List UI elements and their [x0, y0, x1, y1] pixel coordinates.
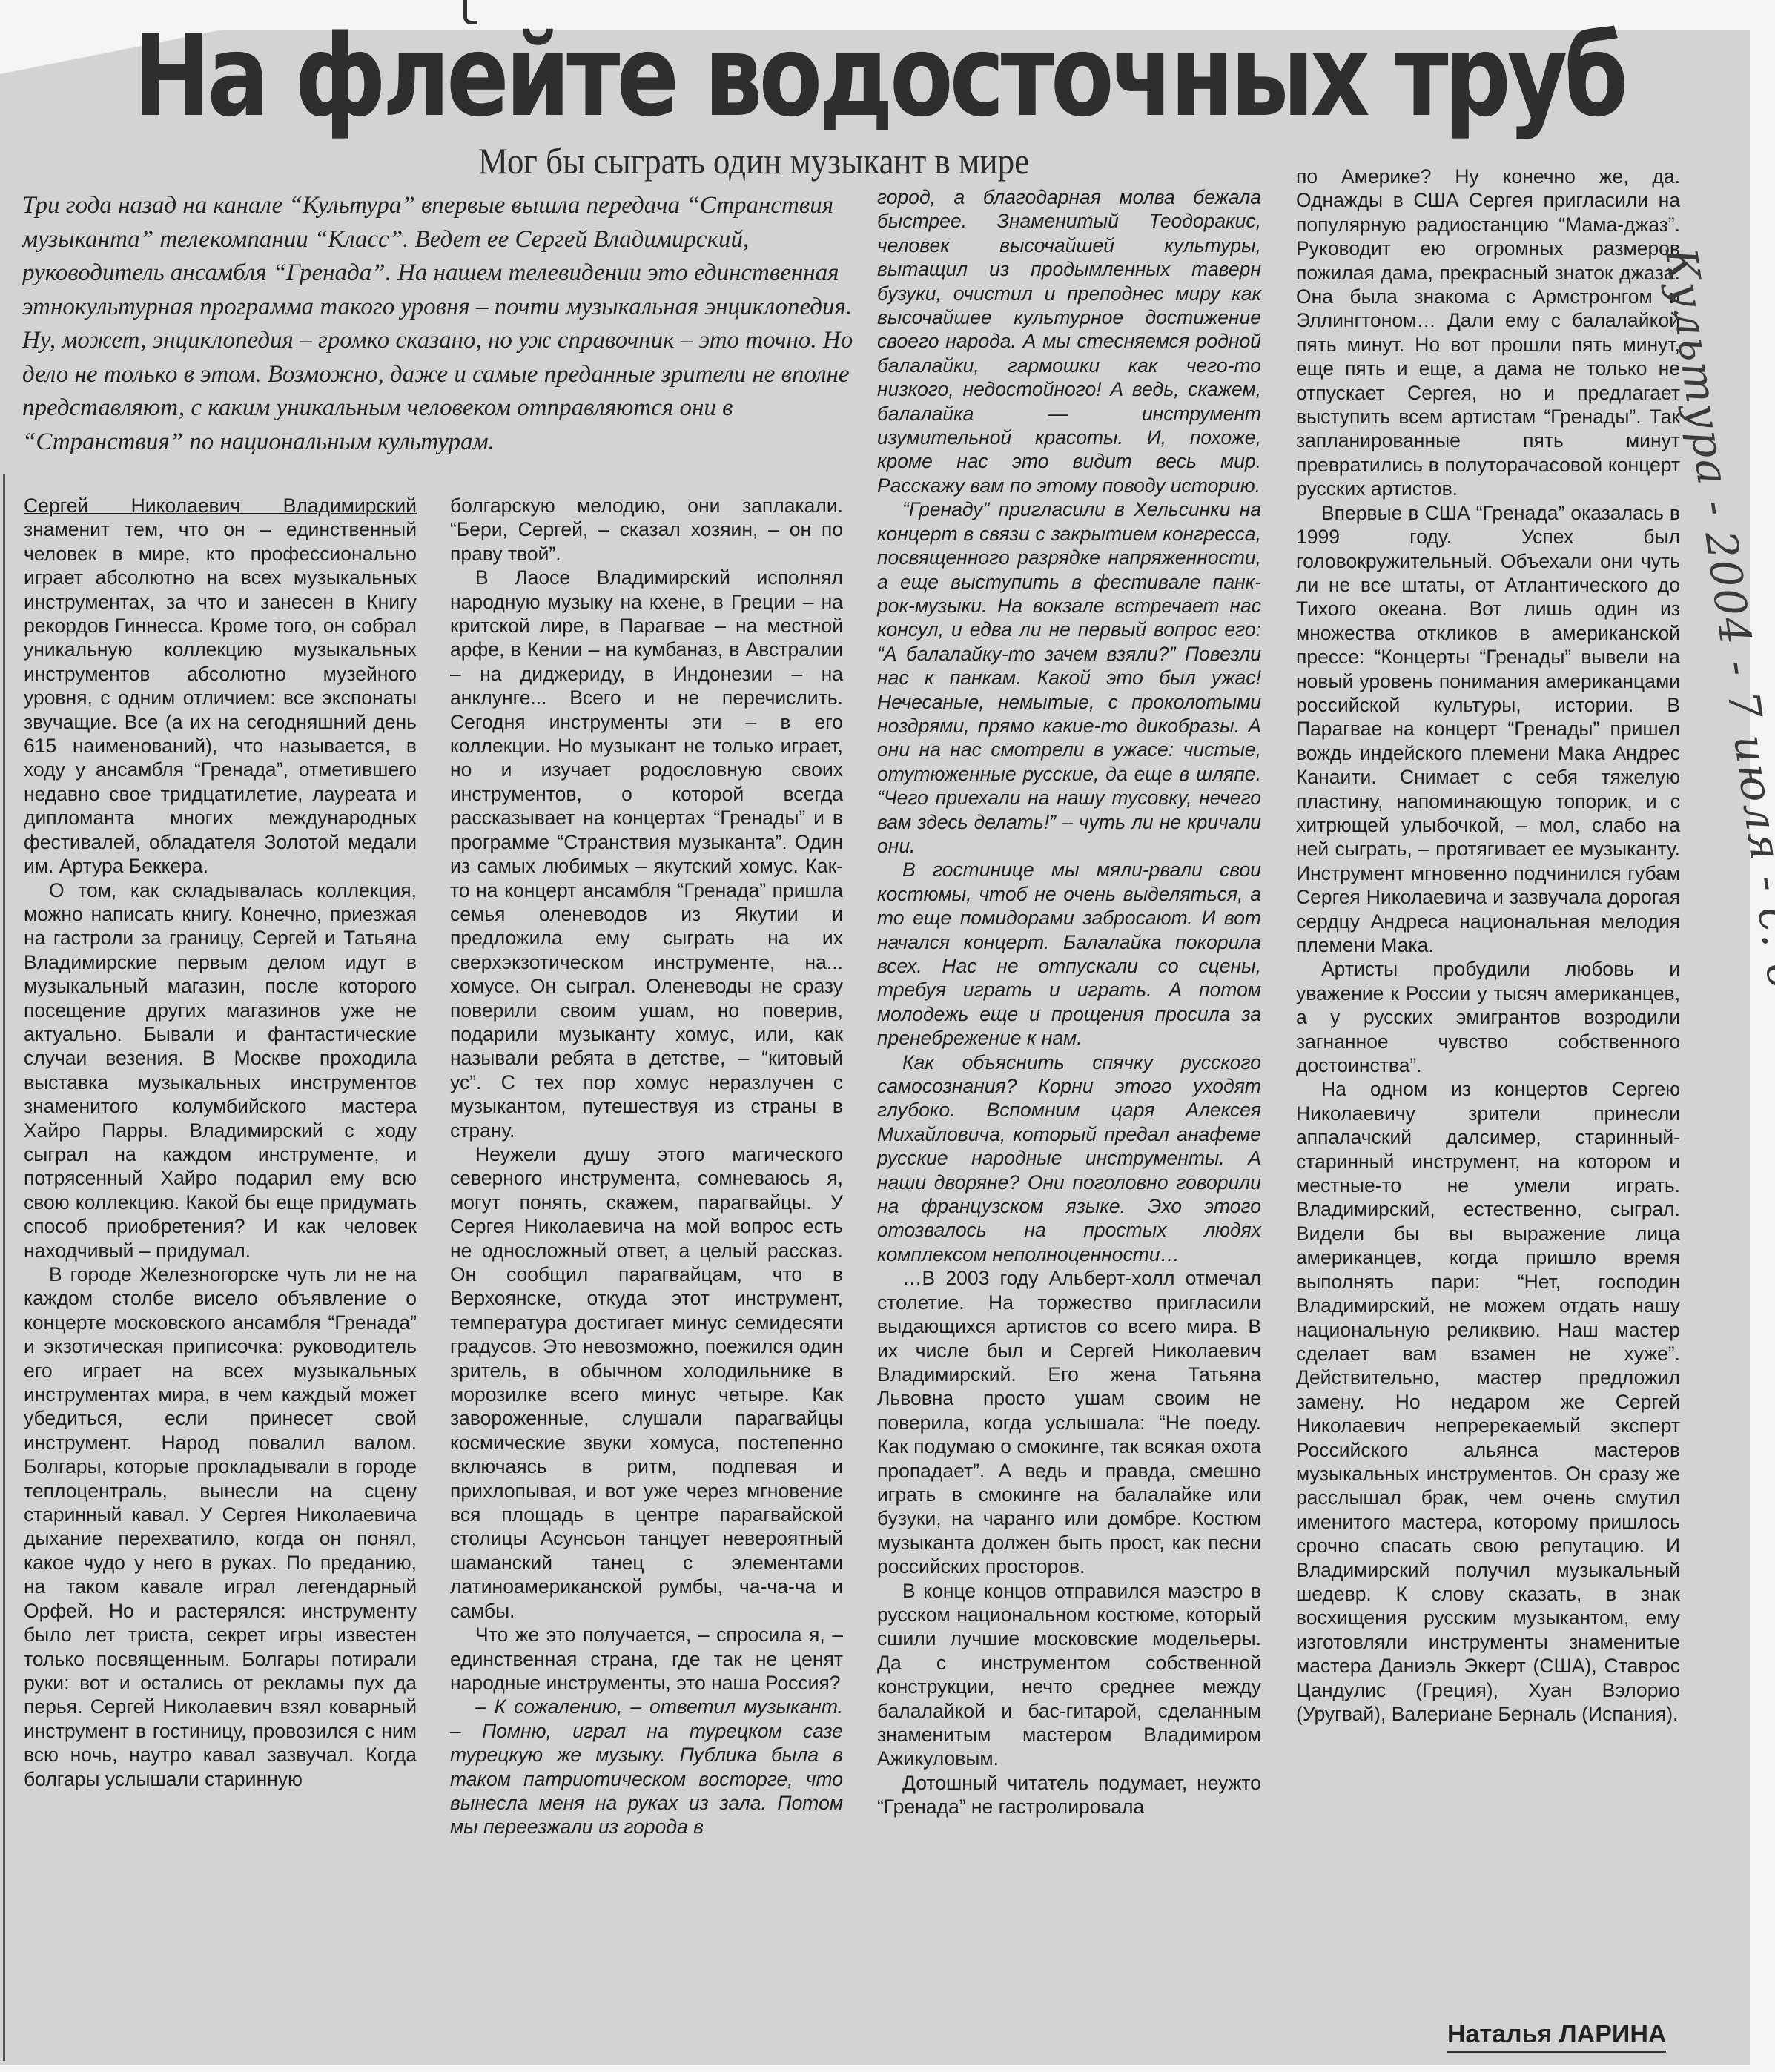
paragraph-italic: В гостинице мы мяли-рвали свои костюмы, … [877, 858, 1261, 1050]
column-rule [3, 474, 5, 2061]
article-column-2: болгарскую мелодию, они заплакали. “Бери… [450, 494, 843, 1839]
paragraph: Артисты пробудили любовь и уважение к Ро… [1296, 957, 1680, 1077]
article-column-3: город, а благодарная молва бежала быстре… [877, 185, 1261, 1819]
paragraph: Дотошный читатель подумает, неужто “Грен… [877, 1771, 1261, 1819]
paragraph: На одном из концертов Сергею Николаевичу… [1296, 1077, 1680, 1726]
paragraph: В городе Железногорске чуть ли не на каж… [24, 1262, 417, 1791]
underlined-name: Сергей Николаевич Владимирский [24, 494, 417, 517]
paragraph: О том, как складывалась коллекция, можно… [24, 878, 417, 1263]
paragraph: Что же это получается, – спросила я, – е… [450, 1623, 843, 1695]
author-byline: Наталья ЛАРИНА [1447, 2020, 1666, 2053]
paragraph-italic: “Гренаду” пригласили в Хельсинки на конц… [877, 497, 1261, 858]
paragraph-italic: – К сожалению, – ответил музыкант. – Пом… [450, 1695, 843, 1838]
paragraph-italic: Как объяснить спячку русского самосознан… [877, 1050, 1261, 1267]
article-headline: На флейте водосточных труб [133, 13, 1386, 139]
paragraph: по Америке? Ну конечно же, да. Однажды в… [1296, 165, 1680, 501]
paragraph-text: знаменит тем, что он – единственный чело… [24, 518, 417, 877]
paragraph-italic: город, а благодарная молва бежала быстре… [877, 185, 1261, 497]
article-lead: Три года назад на канале “Культура” впер… [22, 189, 875, 459]
paragraph: …В 2003 году Альберт-холл отмечал столет… [877, 1266, 1261, 1578]
paragraph: болгарскую мелодию, они заплакали. “Бери… [450, 494, 843, 566]
paragraph: В Лаосе Владимирский исполнял народную м… [450, 566, 843, 1142]
article-subheadline: Мог бы сыграть один музыкант в мире [478, 139, 1029, 182]
paragraph: Впервые в США “Гренада” оказалась в 1999… [1296, 501, 1680, 958]
paragraph: Сергей Николаевич Владимирский знаменит … [24, 494, 417, 878]
article-column-4: по Америке? Ну конечно же, да. Однажды в… [1296, 165, 1680, 1726]
paragraph: В конце концов отправился маэстро в русс… [877, 1579, 1261, 1771]
article-column-1: Сергей Николаевич Владимирский знаменит … [24, 494, 417, 1791]
paragraph: Неужели душу этого магического северного… [450, 1142, 843, 1623]
